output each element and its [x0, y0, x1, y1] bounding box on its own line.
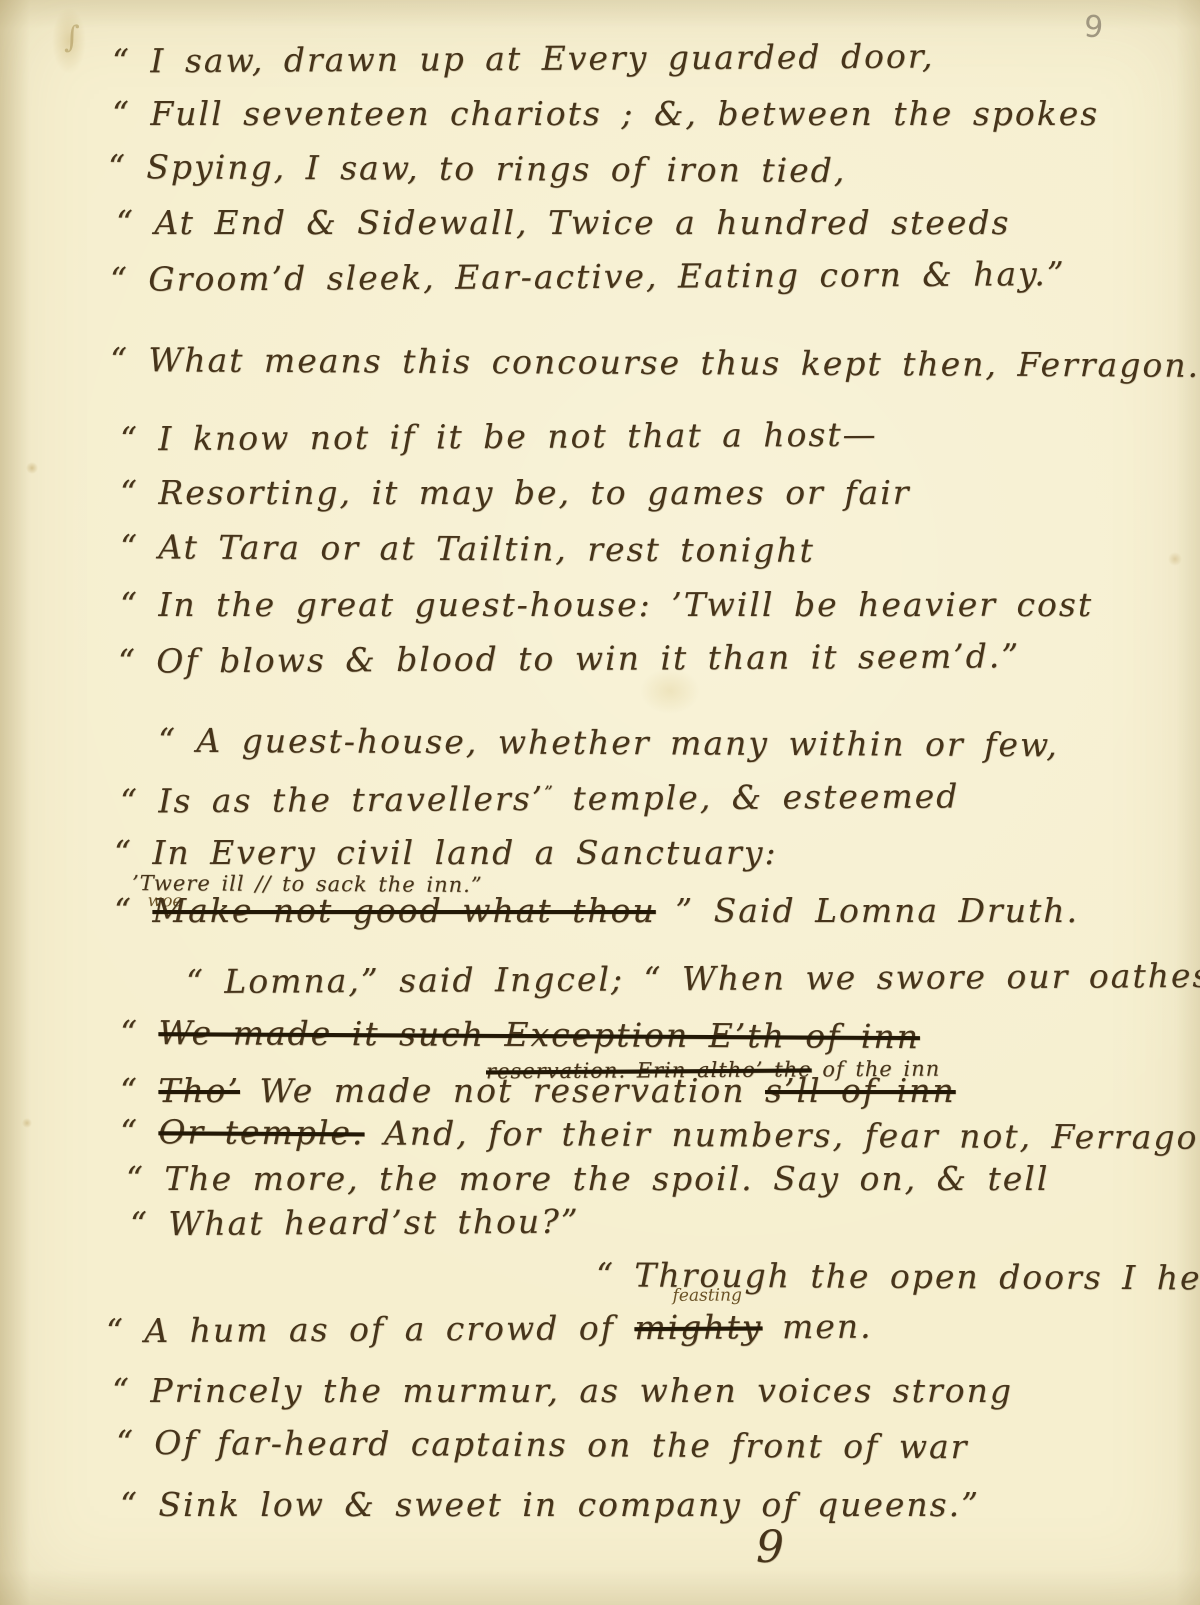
manuscript-line: “ Spying, I saw, to rings of iron tied, [108, 148, 847, 190]
text-segment: And, for their numbers, fear not, Ferrag… [364, 1113, 1200, 1157]
manuscript-line: “ Groom’d sleek, Ear-active, Eating corn… [110, 255, 1066, 299]
text-segment: “ Princely the murmur, as when voices st… [112, 1371, 1013, 1410]
manuscript-line: “ Of far-heard captains on the front of … [116, 1424, 969, 1466]
text-segment: “ In Every civil land a Sanctuary: [114, 833, 778, 872]
manuscript-line: “ What means this concourse thus kept th… [110, 341, 1200, 385]
manuscript-line: “ Lomna,” said Ingcel; “ When we swore o… [186, 957, 1200, 1001]
text-segment: “ Groom’d sleek, Ear-active, Eating corn… [110, 254, 1066, 299]
text-segment: We made not reservation [240, 1071, 765, 1110]
manuscript-line: “ Is as the travellers’” temple, & estee… [120, 777, 960, 820]
manuscript-line: “ Resorting, it may be, to games or fair [120, 474, 911, 512]
text-segment: “ Sink low & sweet in company of queens.… [120, 1485, 980, 1524]
manuscript-line: “ Of blows & blood to win it than it see… [118, 637, 1020, 680]
text-segment: “ Full seventeen chariots ; &, between t… [112, 94, 1099, 133]
manuscript-line: “ Sink low & sweet in company of queens.… [120, 1486, 980, 1524]
text-segment: “ What heard’st thou?” [130, 1202, 580, 1244]
text-segment: “ [120, 1112, 159, 1151]
interline-annotation: feasting [673, 1286, 742, 1306]
text-segment: men. [762, 1307, 872, 1347]
text-segment: temple, & esteemed [553, 776, 960, 817]
manuscript-page: ∫ 9 “ I saw, drawn up at Every guarded d… [0, 0, 1200, 1605]
struck-text-segment: s’ll of inn [765, 1071, 956, 1110]
manuscript-line: “ The more, the more the spoil. Say on, … [126, 1160, 1049, 1198]
manuscript-line: “ In the great guest-house: ’Twill be he… [120, 586, 1093, 624]
text-segment: “ What means this concourse thus kept th… [110, 340, 1200, 385]
text-segment: “ At End & Sidewall, Twice a hundred ste… [116, 203, 1010, 242]
text-segment: “ In the great guest-house: ’Twill be he… [120, 585, 1093, 624]
manuscript-line: “ What heard’st thou?” [130, 1203, 580, 1244]
manuscript-line: “ Tho’ We made not reservation s’ll of i… [120, 1072, 956, 1110]
text-segment: “ A guest-house, whether many within or … [158, 721, 1059, 765]
manuscript-line: “ I know not if it be not that a host— [120, 416, 878, 459]
text-segment: “ Is as the travellers’ [120, 779, 544, 821]
text-segment: “ Resorting, it may be, to games or fair [120, 473, 911, 512]
text-segment: “ A hum as of a crowd of [106, 1308, 635, 1350]
text-segment: “ Of far-heard captains on the front of … [116, 1423, 969, 1466]
text-segment: “ [120, 1013, 159, 1052]
text-segment: “ Lomna,” said Ingcel; “ When we swore o… [186, 956, 1200, 1001]
struck-text-segment: Or temple. [158, 1112, 364, 1152]
manuscript-line: “ Or temple. And, for their numbers, fea… [120, 1113, 1200, 1157]
text-segment: “ At Tara or at Tailtin, rest tonight [120, 527, 815, 570]
text-segment: “ Of blows & blood to win it than it see… [118, 636, 1020, 681]
text-segment: “ I know not if it be not that a host— [120, 415, 878, 459]
struck-text-segment: Make not good what thou [152, 891, 655, 930]
manuscript-line: “ In Every civil land a Sanctuary: [114, 834, 778, 872]
manuscript-line: “ I saw, drawn up at Every guarded door, [112, 37, 935, 80]
text-segment: ” Said Lomna Druth. [656, 891, 1079, 930]
manuscript-line: “ Full seventeen chariots ; &, between t… [112, 95, 1099, 133]
text-segment: “ Spying, I saw, to rings of iron tied, [108, 147, 847, 190]
struck-text-segment: We made it such Exception E’th of inn [158, 1013, 920, 1056]
struck-text-segment: Tho’ [158, 1071, 240, 1110]
manuscript-line: “ A hum as of a crowd of mightyfeasting … [106, 1308, 873, 1351]
text-segment: “ The more, the more the spoil. Say on, … [126, 1159, 1049, 1198]
manuscript-line: “ At Tara or at Tailtin, rest tonight [120, 528, 815, 570]
page-number: 9 [756, 1522, 784, 1573]
manuscript-lines: “ I saw, drawn up at Every guarded door,… [0, 0, 1200, 1605]
text-segment: “ I saw, drawn up at Every guarded door, [112, 36, 935, 80]
text-segment: “ [120, 1071, 158, 1110]
struck-text-segment: mightyfeasting [634, 1307, 762, 1347]
manuscript-line: “ A guest-house, whether many within or … [158, 722, 1059, 765]
manuscript-line: “ We made it such Exception E’th of inn [120, 1014, 920, 1056]
manuscript-line: “ Make not good what thou ” Said Lomna D… [114, 892, 1079, 930]
manuscript-line: “ Princely the murmur, as when voices st… [112, 1372, 1013, 1410]
text-segment: “ [114, 891, 152, 930]
manuscript-line: “ At End & Sidewall, Twice a hundred ste… [116, 204, 1010, 242]
text-segment: ” [544, 783, 553, 803]
